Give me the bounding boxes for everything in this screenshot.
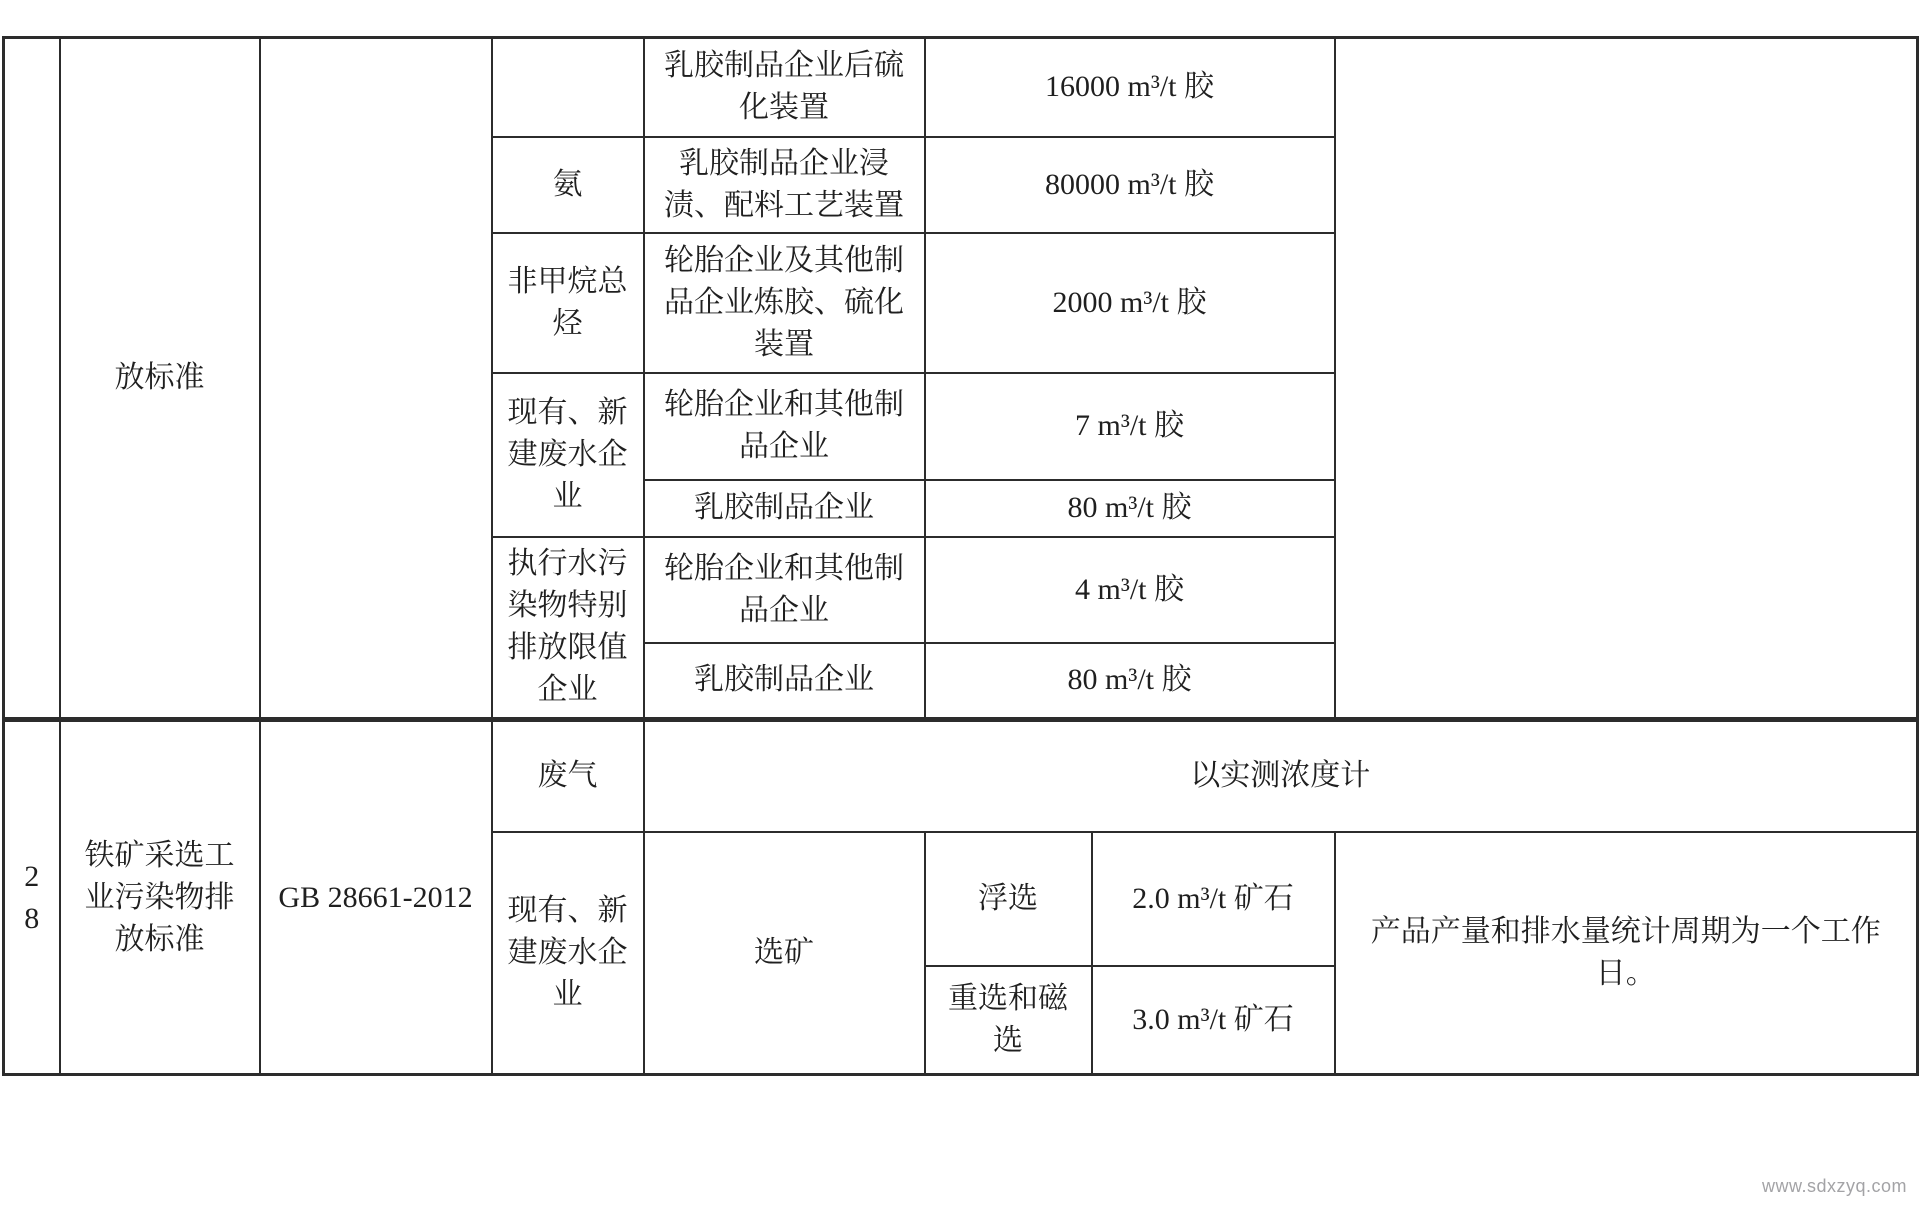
category-waste-gas: 废气	[492, 721, 644, 832]
standard-code-cell-empty	[260, 38, 492, 719]
method-cell: 浮选	[925, 832, 1092, 966]
pollutant-cell-empty	[492, 38, 644, 137]
category-special-limits: 执行水污染物特别排放限值企业	[492, 537, 644, 719]
row-number: 28	[4, 721, 60, 1075]
scope-cell: 乳胶制品企业	[644, 480, 925, 537]
limit-value: 4 m³/t 胶	[925, 537, 1335, 643]
category-existing-new-wastewater: 现有、新建废水企业	[492, 832, 644, 1075]
category-existing-new-wastewater: 现有、新建废水企业	[492, 373, 644, 537]
waste-gas-rule: 以实测浓度计	[644, 721, 1918, 832]
scope-cell: 轮胎企业和其他制品企业	[644, 373, 925, 480]
document-page: { "row27": { "standard_name_continuation…	[0, 0, 1920, 1223]
standard-name-continuation: 放标准	[60, 38, 260, 719]
note-cell-empty	[1335, 38, 1918, 719]
note-cell: 产品产量和排水量统计周期为一个工作日。	[1335, 832, 1918, 1075]
scope-cell: 乳胶制品企业后硫化装置	[644, 38, 925, 137]
row-number-cell-empty	[4, 38, 60, 719]
site-watermark: www.sdxzyq.com	[1762, 1176, 1907, 1197]
scope-cell: 乳胶制品企业浸渍、配料工艺装置	[644, 137, 925, 233]
limit-value: 7 m³/t 胶	[925, 373, 1335, 480]
pollutant-nmhc: 非甲烷总烃	[492, 233, 644, 373]
pollutant-ammonia: 氨	[492, 137, 644, 233]
scope-cell: 轮胎企业和其他制品企业	[644, 537, 925, 643]
process-mineral-dressing: 选矿	[644, 832, 925, 1075]
limit-value: 3.0 m³/t 矿石	[1092, 966, 1335, 1075]
limit-value: 16000 m³/t 胶	[925, 38, 1335, 137]
scope-cell: 乳胶制品企业	[644, 643, 925, 719]
limit-value: 80 m³/t 胶	[925, 643, 1335, 719]
limit-value: 80000 m³/t 胶	[925, 137, 1335, 233]
standards-table-upper: 放标准 乳胶制品企业后硫化装置 16000 m³/t 胶 氨 乳胶制品企业浸渍、…	[2, 36, 1919, 720]
standards-table-lower: 28 铁矿采选工业污染物排放标准 GB 28661-2012 废气 以实测浓度计…	[2, 719, 1919, 1076]
standard-name: 铁矿采选工业污染物排放标准	[60, 721, 260, 1075]
scope-cell: 轮胎企业及其他制品企业炼胶、硫化装置	[644, 233, 925, 373]
limit-value: 2000 m³/t 胶	[925, 233, 1335, 373]
limit-value: 2.0 m³/t 矿石	[1092, 832, 1335, 966]
limit-value: 80 m³/t 胶	[925, 480, 1335, 537]
standard-code: GB 28661-2012	[260, 721, 492, 1075]
method-cell: 重选和磁选	[925, 966, 1092, 1075]
